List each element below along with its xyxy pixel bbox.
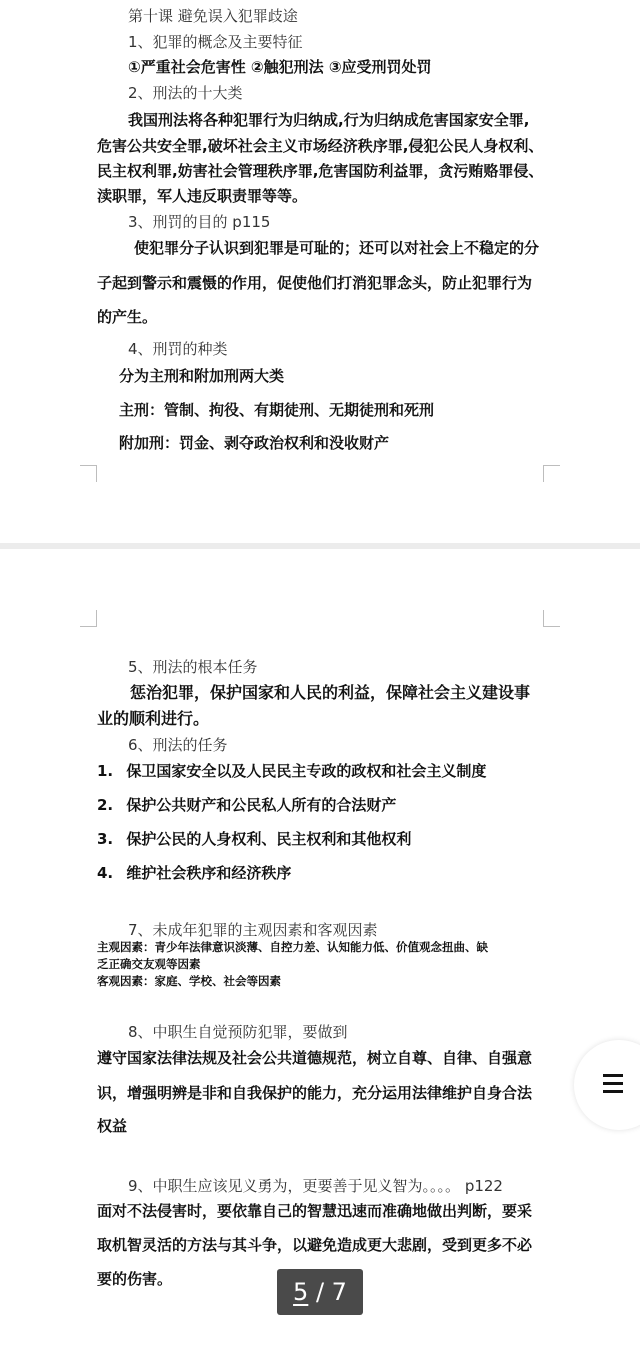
- current-page: 5: [293, 1278, 308, 1306]
- document-page-5: 5、刑法的根本任务 惩治犯罪，保护国家和人民的利益，保障社会主义建设事 业的顺利…: [0, 549, 640, 1351]
- list-number: 1.: [97, 762, 113, 780]
- section-7-heading: 7、未成年犯罪的主观因素和客观因素: [128, 920, 378, 940]
- document-page-4: 第十课 避免误入犯罪歧途 1、犯罪的概念及主要特征 ①严重社会危害性 ②触犯刑法…: [0, 0, 640, 543]
- paragraph-line: 识，增强明辨是非和自我保护的能力，充分运用法律维护自身合法: [97, 1083, 532, 1103]
- list-number: 2.: [97, 796, 113, 814]
- paragraph-line: 惩治犯罪，保护国家和人民的利益，保障社会主义建设事: [130, 683, 530, 703]
- section-3-heading: 3、刑罚的目的 p115: [128, 212, 270, 232]
- page-margin-corner: [80, 610, 97, 627]
- list-text: 保护公民的人身权利、民主权利和其他权利: [126, 830, 411, 848]
- paragraph-line: 取机智灵活的方法与其斗争，以避免造成更大悲剧，受到更多不必: [97, 1235, 532, 1255]
- list-item: 1. 保卫国家安全以及人民民主专政的政权和社会主义制度: [97, 761, 486, 781]
- page-margin-corner: [543, 610, 560, 627]
- total-pages: 7: [332, 1278, 347, 1306]
- page-margin-corner: [543, 465, 560, 482]
- section-1-heading: 1、犯罪的概念及主要特征: [128, 32, 303, 52]
- paragraph-line: 要的伤害。: [97, 1269, 172, 1289]
- section-5-heading: 5、刑法的根本任务: [128, 657, 258, 677]
- list-text: 保卫国家安全以及人民民主专政的政权和社会主义制度: [126, 762, 486, 780]
- list-text: 维护社会秩序和经济秩序: [126, 864, 291, 882]
- list-number: 3.: [97, 830, 113, 848]
- list-item: 2. 保护公共财产和公民私人所有的合法财产: [97, 795, 396, 815]
- paragraph-line: 乏正确交友观等因素: [97, 956, 201, 972]
- section-4-heading: 4、刑罚的种类: [128, 339, 228, 359]
- list-item: 4. 维护社会秩序和经济秩序: [97, 863, 291, 883]
- section-2-heading: 2、刑法的十大类: [128, 83, 243, 103]
- paragraph-line: 我国刑法将各种犯罪行为归纳成,行为归纳成危害国家安全罪,: [128, 110, 529, 130]
- section-6-heading: 6、刑法的任务: [128, 735, 228, 755]
- list-text: 保护公共财产和公民私人所有的合法财产: [126, 796, 396, 814]
- paragraph-line: 主刑：管制、拘役、有期徒刑、无期徒刑和死刑: [119, 400, 434, 420]
- paragraph-line: 民主权利罪,妨害社会管理秩序罪,危害国防利益罪，贪污贿赂罪侵、: [97, 161, 543, 181]
- hamburger-menu-icon: [603, 1074, 623, 1098]
- paragraph-line: 权益: [97, 1116, 127, 1136]
- paragraph-line: 面对不法侵害时，要依靠自己的智慧迅速而准确地做出判断，要采: [97, 1201, 532, 1221]
- paragraph-line: 主观因素：青少年法律意识淡薄、自控力差、认知能力低、价值观念扭曲、缺: [97, 939, 488, 955]
- paragraph-line: 附加刑：罚金、剥夺政治权利和没收财产: [119, 433, 389, 453]
- section-8-heading: 8、中职生自觉预防犯罪，要做到: [128, 1022, 348, 1042]
- paragraph-line: 分为主刑和附加刑两大类: [119, 366, 284, 386]
- crime-features: ①严重社会危害性 ②触犯刑法 ③应受刑罚处罚: [128, 57, 432, 77]
- paragraph-line: 业的顺利进行。: [97, 709, 209, 729]
- page-indicator[interactable]: 5 / 7: [277, 1269, 363, 1315]
- list-number: 4.: [97, 864, 113, 882]
- lesson-title: 第十课 避免误入犯罪歧途: [128, 6, 298, 26]
- paragraph-line: 渎职罪，军人违反职责罪等等。: [97, 186, 307, 206]
- paragraph-line: 的产生。: [97, 307, 157, 327]
- paragraph-line: 客观因素：家庭、学校、社会等因素: [97, 973, 281, 989]
- list-item: 3. 保护公民的人身权利、民主权利和其他权利: [97, 829, 411, 849]
- paragraph-line: 使犯罪分子认识到犯罪是可耻的；还可以对社会上不稳定的分: [134, 238, 539, 258]
- paragraph-line: 遵守国家法律法规及社会公共道德规范，树立自尊、自律、自强意: [97, 1048, 532, 1068]
- page-separator-slash: /: [308, 1278, 331, 1306]
- section-9-heading: 9、中职生应该见义勇为，更要善于见义智为。。。。 p122: [128, 1176, 503, 1196]
- paragraph-line: 危害公共安全罪,破坏社会主义市场经济秩序罪,侵犯公民人身权利、: [97, 136, 543, 156]
- paragraph-line: 子起到警示和震慑的作用，促使他们打消犯罪念头，防止犯罪行为: [97, 273, 532, 293]
- page-margin-corner: [80, 465, 97, 482]
